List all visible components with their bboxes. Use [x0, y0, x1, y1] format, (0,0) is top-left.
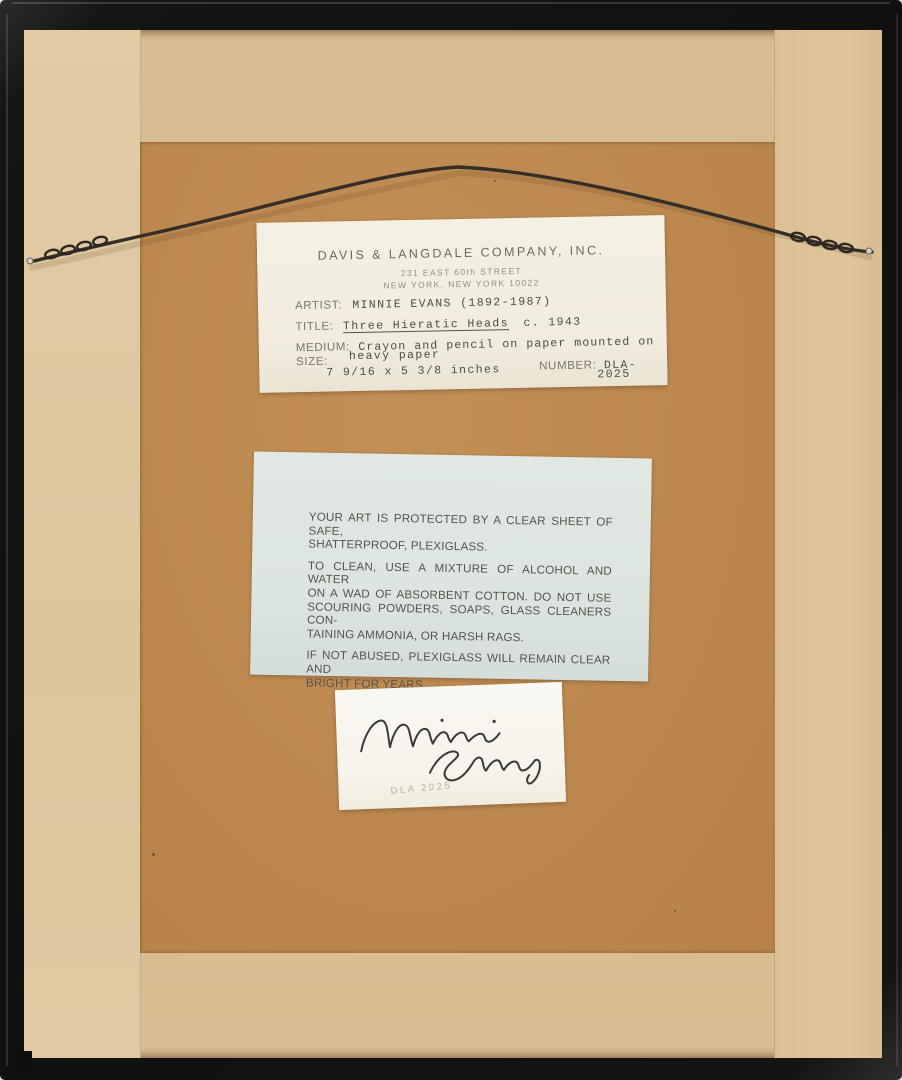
signature-minnie-stroke	[360, 716, 500, 751]
care-paragraph-1: YOUR ART IS PROTECTED BY A CLEAR SHEET O…	[308, 511, 613, 557]
gallery-name: DAVIS & LANGDALE COMPANY, INC.	[257, 242, 665, 264]
size-field-value: 7 9/16 x 5 3/8 inches	[326, 363, 501, 379]
artist-field-label: ARTIST:	[295, 299, 342, 312]
medium-field-label: MEDIUM:	[296, 341, 350, 354]
paper-speck	[152, 853, 155, 856]
frame-corner-notch	[17, 1051, 32, 1069]
signature-i-dot	[440, 719, 443, 722]
paper-speck	[674, 910, 676, 912]
size-field-label: SIZE:	[296, 356, 328, 369]
title-field-label: TITLE:	[295, 320, 333, 333]
number-field-value-line2: 2025	[597, 368, 630, 382]
title-row: TITLE: Three Hieratic Heads c. 1943	[295, 312, 581, 335]
care-label-text: YOUR ART IS PROTECTED BY A CLEAR SHEET O…	[306, 511, 613, 703]
kraft-left-strip	[24, 30, 141, 1058]
kraft-right-strip	[774, 30, 882, 1058]
plexiglass-care-label: YOUR ART IS PROTECTED BY A CLEAR SHEET O…	[250, 452, 652, 682]
title-circa-date: c. 1943	[523, 316, 581, 330]
number-field-label: NUMBER:	[539, 359, 596, 372]
artist-row: ARTIST: MINNIE EVANS (1892-1987)	[295, 291, 552, 314]
paper-speck	[494, 180, 496, 182]
frame-top-highlight	[12, 2, 890, 4]
signature-i-dot	[492, 720, 495, 723]
title-field-value: Three Hieratic Heads	[343, 317, 509, 333]
signature-card: Minnie Evans DLA 2025	[335, 682, 566, 810]
framed-artwork-back-photo: DAVIS & LANGDALE COMPANY, INC. 231 EAST …	[0, 0, 902, 1080]
gallery-label: DAVIS & LANGDALE COMPANY, INC. 231 EAST …	[256, 215, 667, 393]
frame-right-highlight	[896, 14, 898, 1066]
frame-left-highlight	[6, 14, 8, 1066]
artist-field-value: MINNIE EVANS (1892-1987)	[352, 295, 551, 312]
care-paragraph-2: TO CLEAN, USE A MIXTURE OF ALCOHOL AND W…	[307, 559, 612, 646]
medium-field-value-line2: heavy paper	[349, 348, 441, 363]
